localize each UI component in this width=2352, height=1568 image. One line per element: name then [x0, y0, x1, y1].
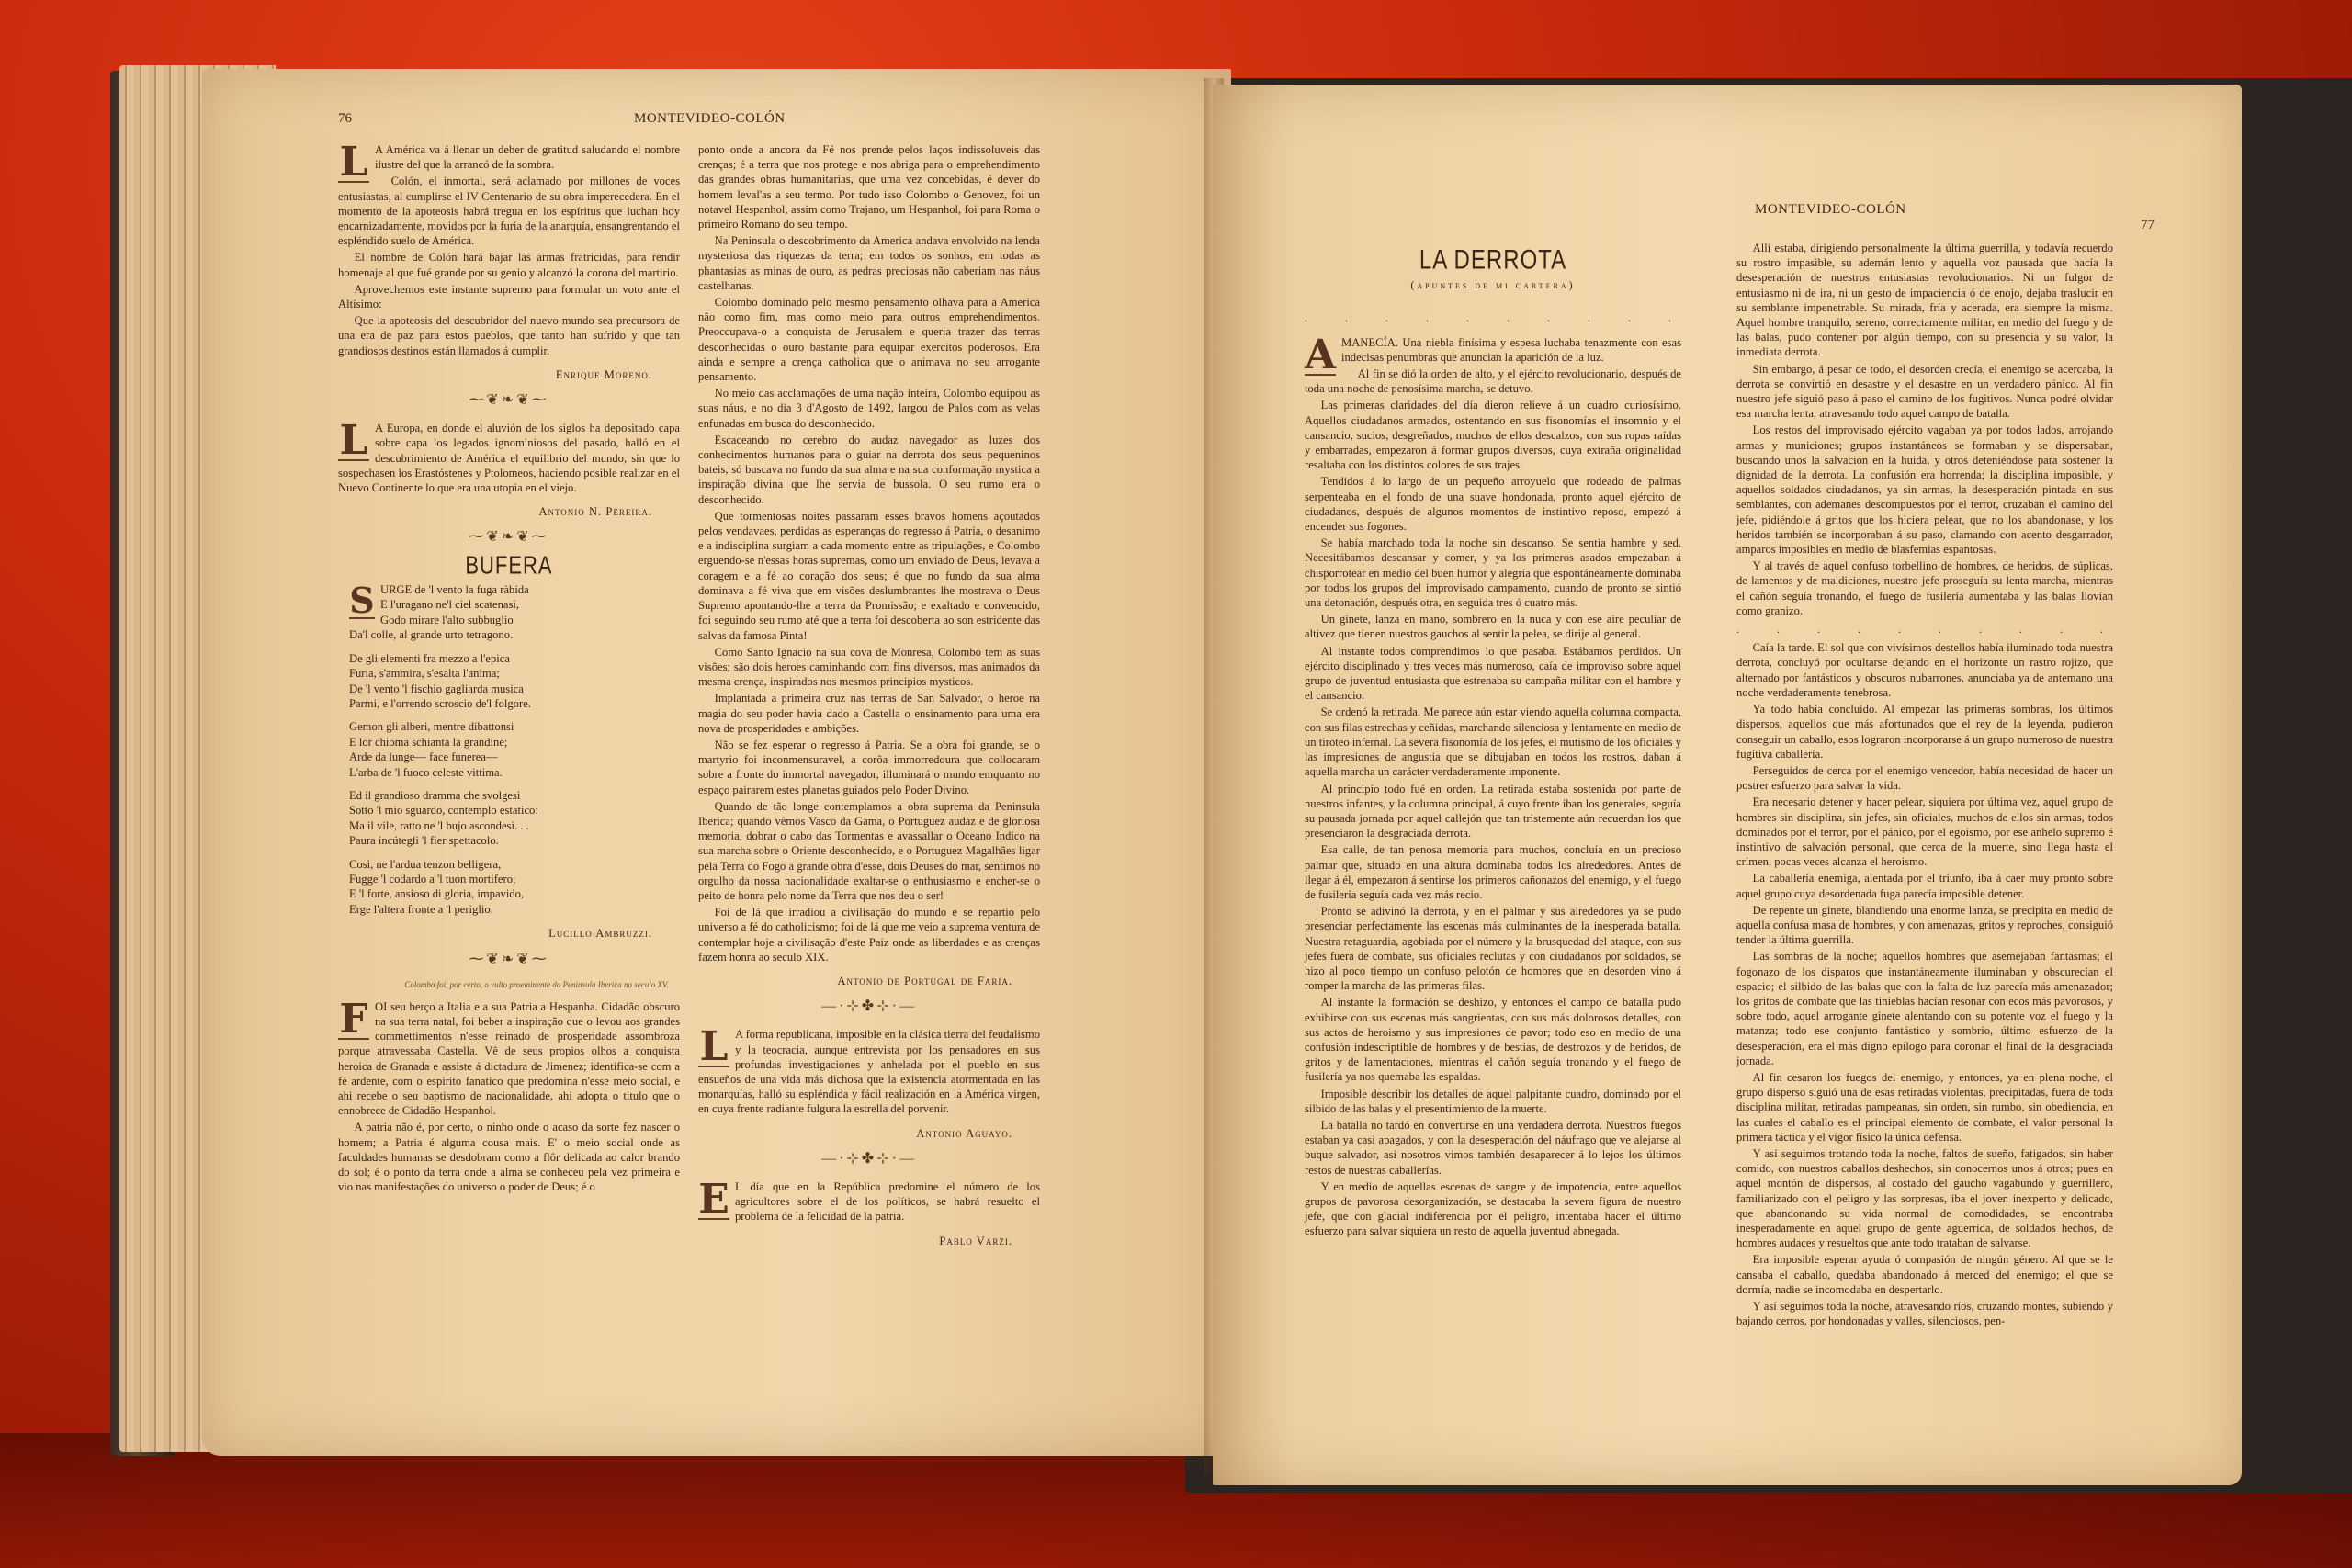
verse-line: E l'uragano ne'l ciel scatenasi,	[349, 597, 680, 612]
paragraph: Imposible describir los detalles de aque…	[1305, 1087, 1681, 1116]
paragraph: Allí estaba, dirigiendo personalmente la…	[1736, 241, 2113, 360]
dropcap-F: F	[338, 1001, 369, 1040]
paragraph: Era necesario detener y hacer pelear, si…	[1736, 795, 2113, 869]
paragraph: Al principio todo fué en orden. La retir…	[1305, 782, 1681, 841]
scroll-ornament-icon: —·⊹✤⊹·—	[698, 999, 1040, 1014]
verse-line: Sotto 'l mio sguardo, contemplo estatico…	[349, 803, 680, 818]
paragraph: Esa calle, de tan penosa memoria para mu…	[1305, 842, 1681, 902]
verse-line: Da'l colle, al grande urto tetragono.	[349, 627, 680, 642]
open-book: 76 MONTEVIDEO-COLÓN L A América va á lle…	[110, 60, 2260, 1474]
paragraph: MANECÍA. Una niebla finísima y espesa lu…	[1305, 335, 1681, 365]
signature: Enrique Moreno.	[338, 367, 652, 382]
stanza: De gli elementi fra mezzo a l'epica Furi…	[338, 651, 680, 712]
verse-line: Furia, s'ammira, s'esalta l'anima;	[349, 666, 680, 681]
verse-line: Così, ne l'ardua tenzon belligera,	[349, 857, 680, 872]
article-subtitle: (apuntes de mi cartera)	[1305, 277, 1681, 292]
right-page-column-2: Allí estaba, dirigiendo personalmente la…	[1736, 241, 2113, 1330]
stanza: Così, ne l'ardua tenzon belligera, Fugge…	[338, 857, 680, 918]
left-page-column-1: L A América va á llenar un deber de grat…	[338, 142, 680, 1196]
paragraph: Na Peninsula o descobrimento da America …	[698, 233, 1040, 293]
article-title: LA DERROTA	[1305, 252, 1681, 270]
paragraph: Y en medio de aquellas escenas de sangre…	[1305, 1179, 1681, 1239]
paragraph: Y así seguimos trotando toda la noche, f…	[1736, 1146, 2113, 1250]
dropcap-L: L	[698, 1029, 729, 1067]
running-head-right: MONTEVIDEO-COLÓN	[1755, 202, 1906, 218]
signature: Lucillo Ambruzzi.	[338, 926, 652, 941]
dropcap-L: L	[338, 423, 369, 461]
paragraph: Las primeras claridades del día dieron r…	[1305, 398, 1681, 472]
paragraph: OI seu berço a Italia e a sua Patria a H…	[338, 999, 680, 1119]
verse-line: Erge l'altera fronte a 'l periglio.	[349, 902, 680, 917]
verse-line: Arde da lunge— face funerea—	[349, 750, 680, 764]
paragraph: Los restos del improvisado ejército vaga…	[1736, 423, 2113, 557]
paragraph: Quando de tão longe contemplamos a obra …	[698, 799, 1040, 903]
paragraph: La batalla no tardó en convertirse en un…	[1305, 1118, 1681, 1178]
leaf-ornament-icon: ⁓❦❧❦⁓	[338, 530, 680, 545]
paragraph: Colón, el inmortal, será aclamado por mi…	[338, 174, 680, 248]
left-page: 76 MONTEVIDEO-COLÓN L A América va á lle…	[202, 69, 1231, 1456]
article-moreno: L A América va á llenar un deber de grat…	[338, 142, 680, 382]
paragraph: ponto onde a ancora da Fé nos prende pel…	[698, 142, 1040, 231]
page-number-right: 77	[2141, 218, 2154, 233]
paragraph: Perseguidos de cerca por el enemigo venc…	[1736, 763, 2113, 793]
paragraph: L día que en la República predomine el n…	[698, 1179, 1040, 1224]
paragraph: Que tormentosas noites passaram esses br…	[698, 509, 1040, 643]
leaf-ornament-icon: ⁓❦❧❦⁓	[338, 393, 680, 408]
poem-title: BUFERA	[338, 557, 680, 576]
paragraph: Se ordenó la retirada. Me parece aún est…	[1305, 705, 1681, 779]
verse-line: Parmi, e l'orrendo scroscio de'l folgore…	[349, 696, 680, 711]
paragraph: Implantada a primeira cruz nas terras de…	[698, 691, 1040, 736]
scroll-ornament-icon: —·⊹✤⊹·—	[698, 1152, 1040, 1167]
paragraph: De repente un ginete, blandiendo una eno…	[1736, 903, 2113, 948]
paragraph: Al fin se dió la orden de alto, y el ejé…	[1305, 367, 1681, 396]
paragraph: Caía la tarde. El sol que con vivísimos …	[1736, 640, 2113, 700]
signature: Pablo Varzi.	[698, 1234, 1012, 1248]
article-aguayo: L A forma republicana, imposible en la c…	[698, 1027, 1040, 1140]
running-head-left: MONTEVIDEO-COLÓN	[634, 111, 786, 127]
signature: Antonio N. Pereira.	[338, 504, 652, 519]
dotted-separator: . . . . . . . . . . . . . . . . . . . . …	[1305, 310, 1681, 325]
paragraph: Era imposible esperar ayuda ó compasión …	[1736, 1252, 2113, 1297]
page-number-left: 76	[338, 111, 352, 127]
paragraph: Como Santo Ignacio na sua cova de Monres…	[698, 645, 1040, 690]
paragraph: Ya todo había concluido. Al empezar las …	[1736, 702, 2113, 761]
paragraph: Que la apoteosis del descubridor del nue…	[338, 313, 680, 358]
article-pereira: L A Europa, en donde el aluvión de los s…	[338, 421, 680, 519]
paragraph: Y así seguimos toda la noche, atravesand…	[1736, 1299, 2113, 1328]
paragraph: Al instante la formación se deshizo, y e…	[1305, 995, 1681, 1084]
paragraph: Sin embargo, á pesar de todo, el desorde…	[1736, 362, 2113, 422]
dotted-separator: . . . . . . . . . . . . . . . . . . . . …	[1736, 622, 2113, 637]
paragraph: Al instante todos comprendimos lo que pa…	[1305, 644, 1681, 704]
dropcap-A: A	[1305, 337, 1336, 376]
paragraph: La caballería enemiga, alentada por el t…	[1736, 871, 2113, 900]
dropcap-L: L	[338, 144, 369, 183]
verse-line: Godo mirare l'alto subbuglio	[349, 613, 680, 627]
verse-line: De 'l vento 'l fischio gagliarda musica	[349, 682, 680, 696]
stanza: S URGE de 'l vento la fuga ràbida E l'ur…	[338, 582, 680, 643]
signature: Antonio de Portugal de Faria.	[698, 974, 1012, 988]
paragraph: Aprovechemos este instante supremo para …	[338, 282, 680, 311]
stanza: Ed il grandioso dramma che svolgesi Sott…	[338, 788, 680, 849]
stanza: Gemon gli alberi, mentre dibattonsi E lo…	[338, 719, 680, 780]
right-page-column-1: LA DERROTA (apuntes de mi cartera) . . .…	[1305, 250, 1681, 1241]
epigraph-caption: Colombo foi, por certo, o vulto proemine…	[393, 980, 680, 990]
paragraph: El nombre de Colón hará bajar las armas …	[338, 250, 680, 279]
dropcap-S: S	[349, 584, 375, 619]
article-varzi: E L día que en la República predomine el…	[698, 1179, 1040, 1248]
paragraph: Las sombras de la noche; aquellos hombre…	[1736, 949, 2113, 1068]
paragraph: No meio das acclamações de uma nação int…	[698, 386, 1040, 431]
paragraph: Se había marchado toda la noche sin desc…	[1305, 536, 1681, 610]
paragraph: Não se fez esperar o regresso á Patria. …	[698, 738, 1040, 797]
verse-line: Ed il grandioso dramma che svolgesi	[349, 788, 680, 803]
paragraph: Foi de lá que irradiou a civilisação do …	[698, 905, 1040, 964]
paragraph: A forma republicana, imposible en la clá…	[698, 1027, 1040, 1116]
signature: Antonio Aguayo.	[698, 1126, 1012, 1141]
paragraph: A patria não é, por certo, o ninho onde …	[338, 1120, 680, 1194]
verse-line: URGE de 'l vento la fuga ràbida	[349, 582, 680, 597]
paragraph: Colombo dominado pelo mesmo pensamento o…	[698, 295, 1040, 384]
paragraph: Pronto se adivinó la derrota, y en el pa…	[1305, 904, 1681, 993]
right-page: MONTEVIDEO-COLÓN 77 LA DERROTA (apuntes …	[1213, 85, 2242, 1485]
verse-line: E 'l forte, ansioso di gloria, impavido,	[349, 886, 680, 901]
paragraph: Escaceando no cerebro do audaz navegador…	[698, 433, 1040, 507]
leaf-ornament-icon: ⁓❦❧❦⁓	[338, 953, 680, 967]
verse-line: E lor chioma schianta la grandine;	[349, 735, 680, 750]
verse-line: De gli elementi fra mezzo a l'epica	[349, 651, 680, 666]
dropcap-E: E	[698, 1181, 729, 1220]
verse-line: L'arba de 'l fuoco celeste vittima.	[349, 765, 680, 780]
left-page-column-2: ponto onde a ancora da Fé nos prende pel…	[698, 142, 1040, 1254]
verse-line: Paura incútegli 'l fier spettacolo.	[349, 833, 680, 848]
article-colombo: F OI seu berço a Italia e a sua Patria a…	[338, 999, 680, 1195]
paragraph: Y al través de aquel confuso torbellino …	[1736, 558, 2113, 618]
paragraph: Tendidos á lo largo de un pequeño arroyu…	[1305, 474, 1681, 534]
poem-bufera: BUFERA S URGE de 'l vento la fuga ràbida…	[338, 558, 680, 942]
verse-line: Gemon gli alberi, mentre dibattonsi	[349, 719, 680, 734]
verse-line: Fugge 'l codardo a 'l tuon mortifero;	[349, 872, 680, 886]
paragraph: Al fin cesaron los fuegos del enemigo, y…	[1736, 1070, 2113, 1145]
paragraph: A América va á llenar un deber de gratit…	[338, 142, 680, 172]
paragraph: Un ginete, lanza en mano, sombrero en la…	[1305, 612, 1681, 641]
verse-line: Ma il vile, ratto ne 'l bujo ascondesi. …	[349, 818, 680, 833]
paragraph: A Europa, en donde el aluvión de los sig…	[338, 421, 680, 495]
